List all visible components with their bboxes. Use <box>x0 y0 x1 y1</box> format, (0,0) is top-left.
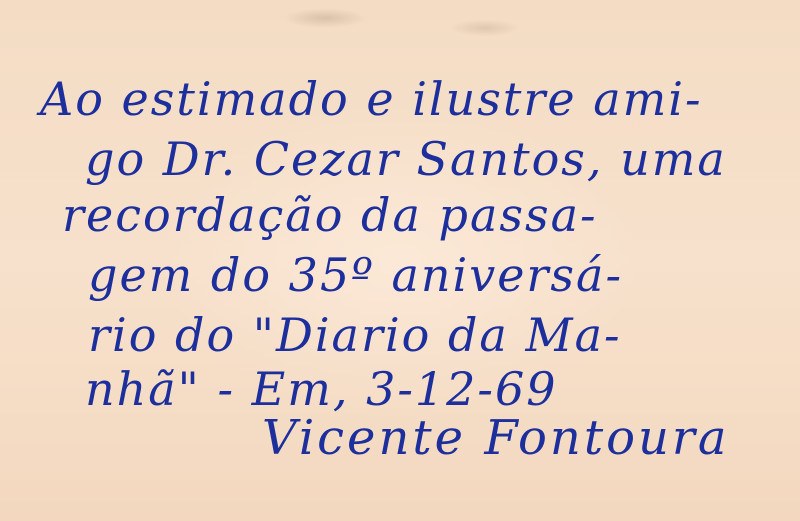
signature: Vicente Fontoura <box>262 410 729 466</box>
handwritten-line-5: rio do "Diario da Ma- <box>88 308 622 362</box>
handwritten-card: Ao estimado e ilustre ami- go Dr. Cezar … <box>0 0 800 521</box>
handwritten-line-3: recordação da passa- <box>62 188 598 242</box>
handwritten-line-2: go Dr. Cezar Santos, uma <box>85 132 727 186</box>
handwritten-line-1: Ao estimado e ilustre ami- <box>40 72 703 126</box>
handwritten-line-4: gem do 35º aniversá- <box>88 248 623 302</box>
handwritten-line-6-date: nhã" - Em, 3-12-69 <box>85 362 557 416</box>
